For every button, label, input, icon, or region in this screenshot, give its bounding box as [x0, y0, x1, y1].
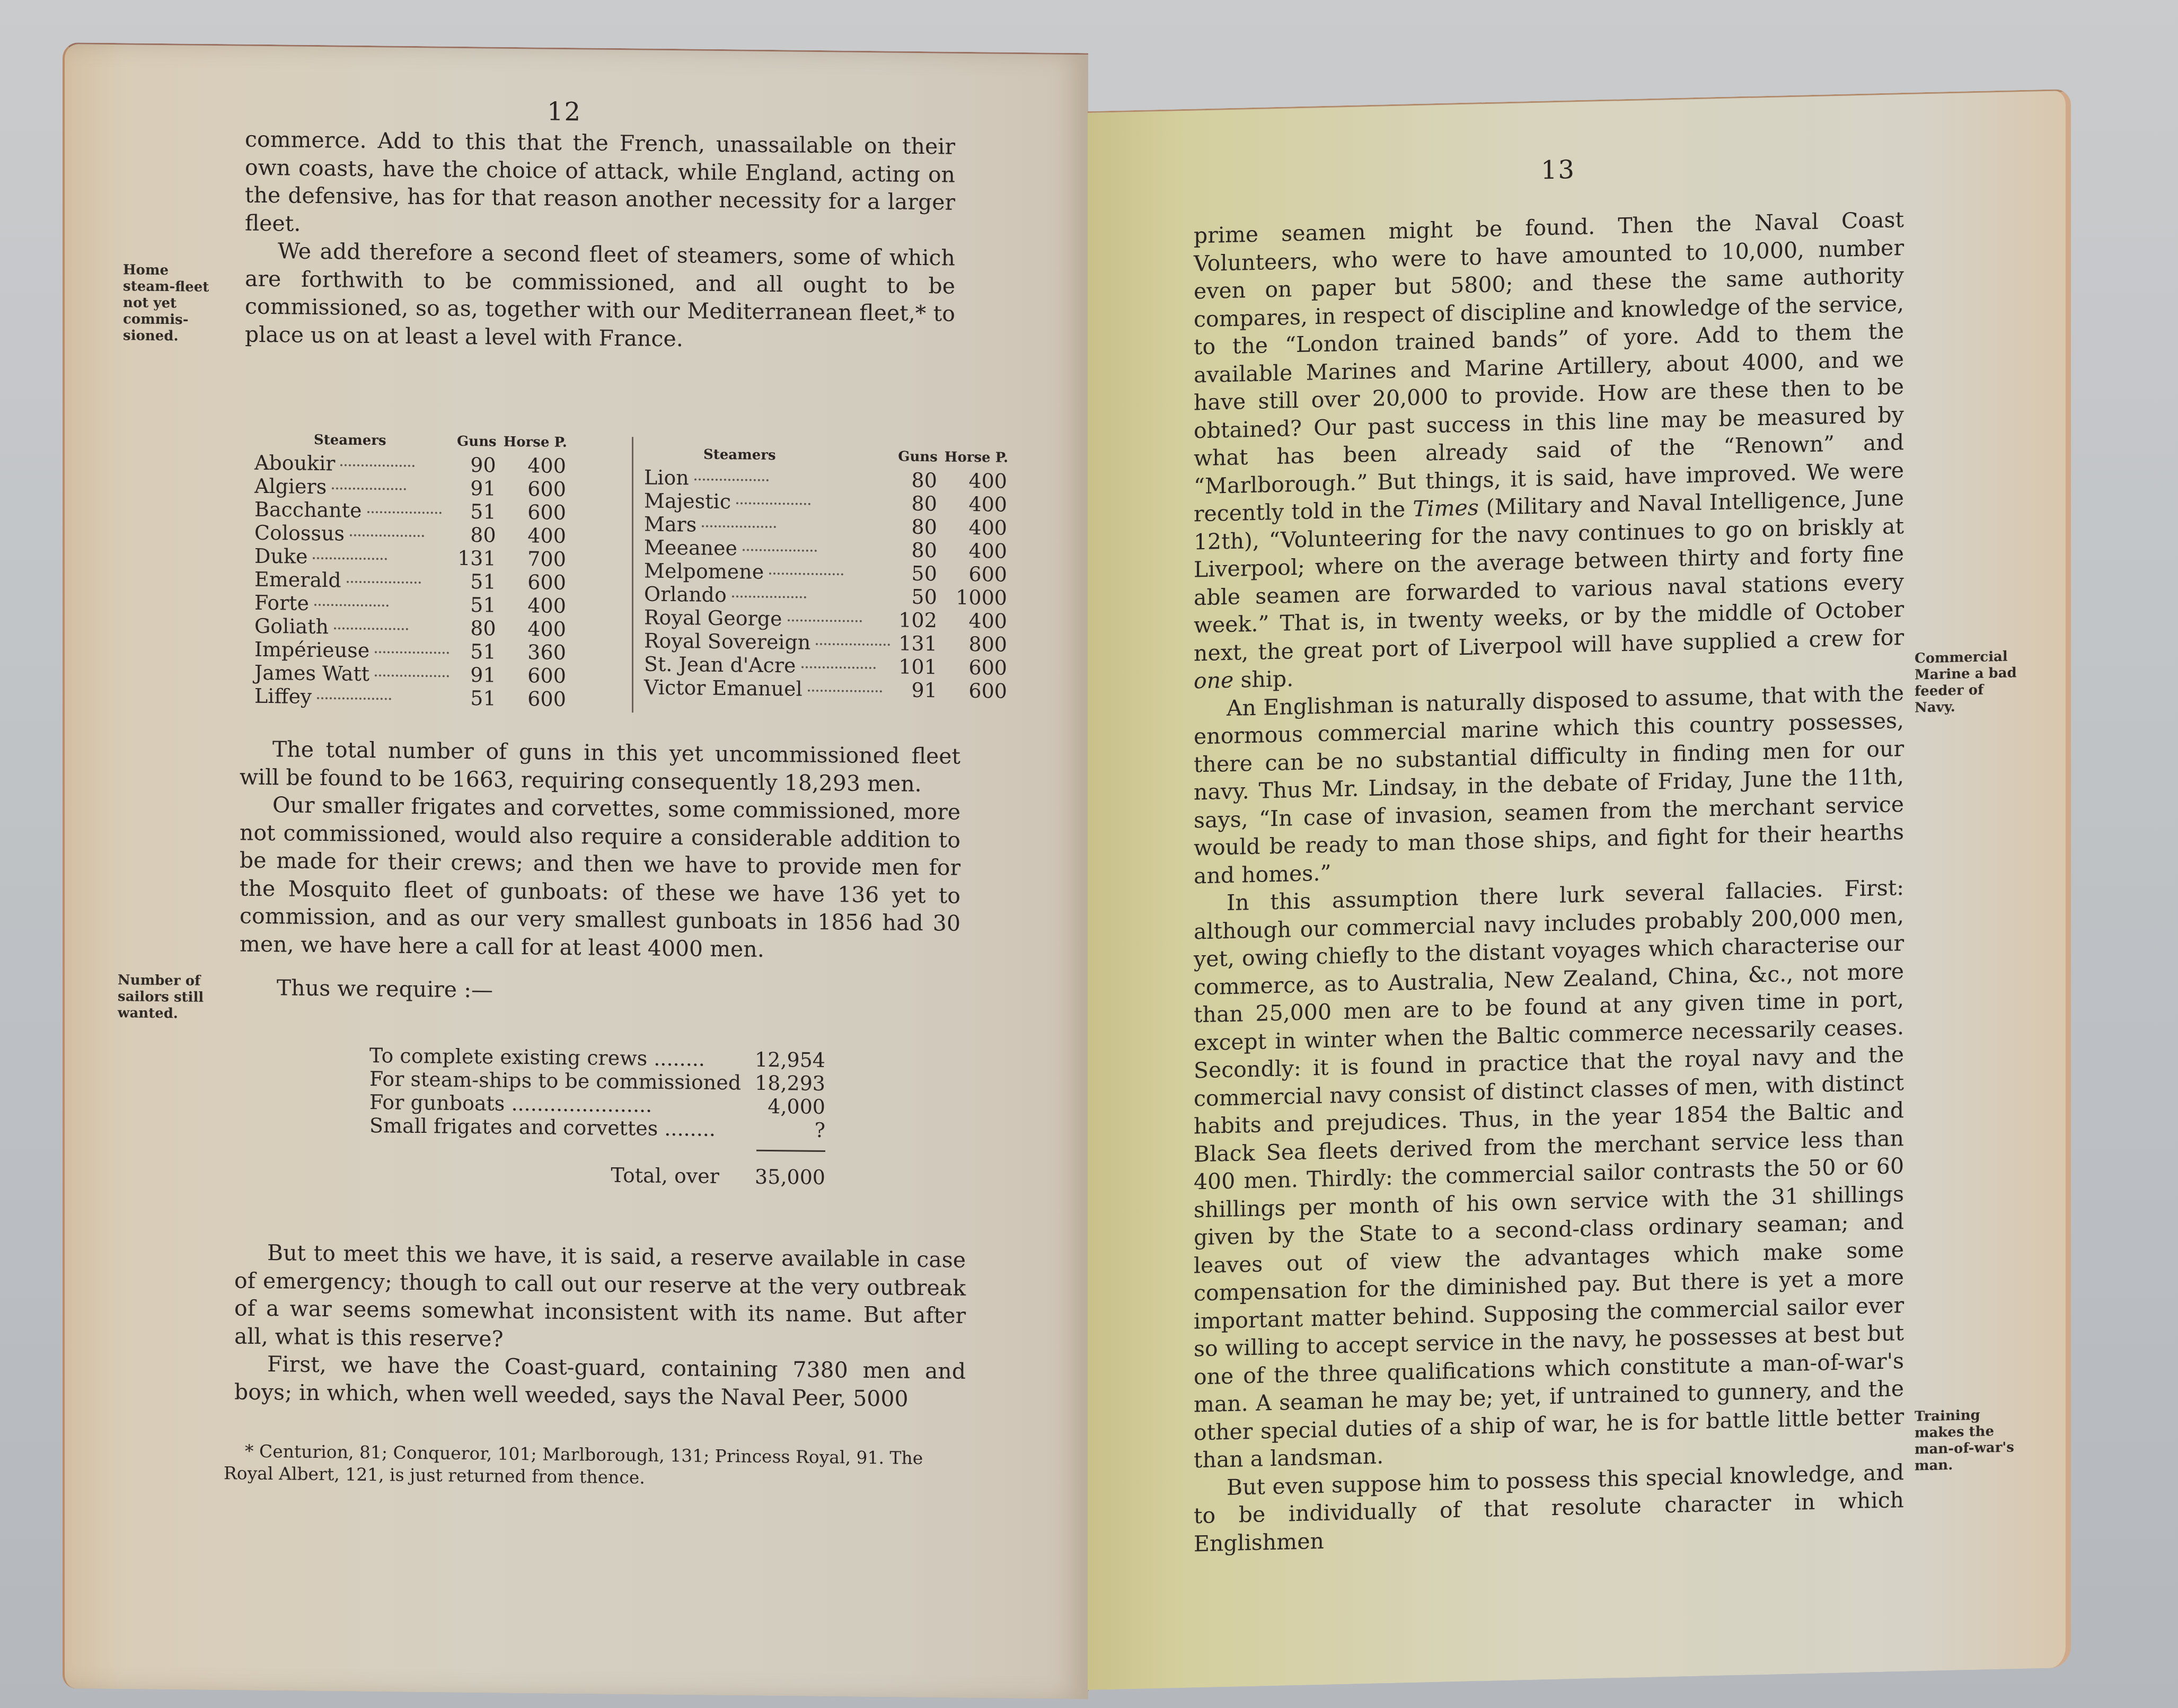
- paragraph: In this assumption there lurk several fa…: [1194, 874, 1904, 1474]
- steamer-name: Lion: [640, 465, 894, 491]
- steamer-name: Forte: [250, 591, 453, 617]
- horsepower-cell: 400: [941, 609, 1011, 632]
- body-text: prime seamen might be found. Then the Na…: [1194, 206, 1904, 1557]
- require-intro: Thus we require :—: [277, 974, 701, 1006]
- guns-cell: 51: [453, 686, 500, 710]
- horsepower-cell: 600: [500, 570, 570, 594]
- body-text-2: The total number of guns in this yet unc…: [240, 735, 960, 965]
- steamer-name: Royal George: [640, 605, 894, 631]
- guns-cell: 80: [894, 468, 941, 492]
- guns-cell: 131: [453, 547, 500, 570]
- leader-dots: [736, 502, 810, 505]
- requirement-row: Small frigates and corvettes ........?: [369, 1114, 825, 1142]
- guns-cell: 80: [453, 523, 500, 547]
- table-row: Mars80400: [640, 512, 1011, 539]
- leader-dots: [732, 595, 806, 598]
- body-text-3: But to meet this we have, it is said, a …: [234, 1238, 966, 1413]
- sidenote: Commercial Marine a bad feeder of Navy.: [1915, 648, 2021, 717]
- steamer-name: Royal Sovereign: [640, 629, 894, 655]
- leader-dots: [313, 557, 387, 560]
- leader-dots: [769, 573, 843, 575]
- col-header: Horse P.: [500, 430, 570, 454]
- horsepower-cell: 600: [500, 500, 570, 524]
- steamer-name: Orlando: [640, 582, 894, 608]
- steamer-name: Aboukir: [250, 451, 453, 477]
- guns-cell: 80: [453, 617, 500, 640]
- table-row: Aboukir90400: [250, 451, 570, 478]
- horsepower-cell: 400: [941, 492, 1011, 516]
- paragraph: An Englishman is naturally disposed to a…: [1194, 679, 1904, 890]
- total-label: Total, over: [611, 1164, 719, 1188]
- sidenote: Number of sailors still wanted.: [118, 972, 213, 1023]
- body-text-1: commerce. Add to this that the French, u…: [245, 126, 955, 356]
- table-row: Forte51400: [250, 591, 570, 618]
- horsepower-cell: 600: [941, 679, 1011, 702]
- table-row: Colossus80400: [250, 521, 570, 548]
- steamer-name: James Watt: [250, 661, 453, 686]
- paragraph: We add therefore a second fleet of steam…: [245, 237, 955, 356]
- leader-dots: [743, 549, 817, 551]
- leader-dots: [314, 604, 389, 606]
- guns-cell: 51: [453, 593, 500, 617]
- steamer-name: Majestic: [640, 489, 894, 515]
- leader-dots: [801, 666, 876, 669]
- guns-cell: 50: [894, 561, 941, 585]
- guns-cell: 90: [453, 453, 500, 477]
- table-row: Royal Sovereign131800: [640, 629, 1011, 656]
- guns-cell: 91: [453, 477, 500, 500]
- col-header: Horse P.: [941, 445, 1011, 469]
- steamers-table-right: Steamers Guns Horse P. Lion80400Majestic…: [640, 442, 1011, 702]
- table-row: Melpomene50600: [640, 559, 1011, 586]
- leader-dots: [317, 697, 391, 700]
- page-number: 13: [1541, 155, 1575, 185]
- steamer-name: Algiers: [250, 474, 453, 500]
- table-row: James Watt91600: [250, 661, 570, 688]
- steamer-name: Mars: [640, 512, 894, 538]
- steamer-name: Goliath: [250, 614, 453, 640]
- guns-cell: 50: [894, 585, 941, 609]
- horsepower-cell: 600: [500, 687, 570, 711]
- table-row: Meeanee80400: [640, 535, 1011, 562]
- guns-cell: 101: [894, 655, 941, 679]
- table-row: Impérieuse51360: [250, 638, 570, 664]
- horsepower-cell: 700: [500, 547, 570, 571]
- paragraph: Our smaller frigates and corvettes, some…: [240, 790, 960, 965]
- right-page: 13 prime seamen might be found. Then the…: [1088, 89, 2071, 1690]
- table-row: Majestic80400: [640, 489, 1011, 516]
- requirements-list: To complete existing crews ........12,95…: [369, 1044, 825, 1189]
- guns-cell: 51: [453, 570, 500, 594]
- steamer-name: Liffey: [250, 684, 453, 710]
- table-row: Royal George102400: [640, 605, 1011, 632]
- leader-dots: [702, 525, 776, 528]
- horsepower-cell: 360: [500, 640, 570, 664]
- paragraph: prime seamen might be found. Then the Na…: [1194, 206, 1904, 695]
- paragraph: The total number of guns in this yet unc…: [240, 735, 960, 798]
- col-header: Guns: [894, 445, 941, 469]
- table-row: Duke131700: [250, 544, 570, 571]
- horsepower-cell: 400: [500, 617, 570, 641]
- table-row: Lion80400: [640, 465, 1011, 492]
- sidenote: Home steam-fleet not yet commis-sioned.: [123, 262, 218, 345]
- leader-dots: [694, 478, 769, 481]
- guns-cell: 51: [453, 500, 500, 524]
- col-header: Steamers: [640, 442, 894, 468]
- guns-cell: 80: [894, 491, 941, 515]
- leader-dots: [332, 487, 406, 490]
- steamer-name: Victor Emanuel: [640, 675, 894, 701]
- leader-dots: [334, 627, 408, 630]
- leader-dots: [350, 534, 424, 537]
- horsepower-cell: 600: [500, 664, 570, 688]
- table-row: Orlando501000: [640, 582, 1011, 609]
- horsepower-cell: 800: [941, 632, 1011, 656]
- table-row: Emerald51600: [250, 568, 570, 594]
- guns-cell: 80: [894, 538, 941, 562]
- paragraph: But even suppose him to possess this spe…: [1194, 1458, 1904, 1558]
- table-row: St. Jean d'Acre101600: [640, 652, 1011, 679]
- leader-dots: [375, 674, 449, 677]
- guns-cell: 51: [453, 640, 500, 664]
- steamer-name: Impérieuse: [250, 638, 453, 663]
- guns-cell: 131: [894, 631, 941, 655]
- leader-dots: [816, 643, 890, 646]
- footnote: * Centurion, 81; Conqueror, 101; Marlbor…: [224, 1440, 966, 1492]
- leader-dots: [808, 690, 882, 692]
- total-value: 35,000: [751, 1165, 825, 1189]
- horsepower-cell: 600: [500, 477, 570, 501]
- table-divider: [632, 437, 633, 712]
- guns-cell: 91: [894, 678, 941, 702]
- leader-dots: [367, 511, 442, 514]
- table-row: Victor Emanuel91600: [640, 675, 1011, 702]
- left-page: 12 commerce. Add to this that the French…: [63, 42, 1088, 1699]
- horsepower-cell: 400: [941, 539, 1011, 562]
- leader-dots: [340, 464, 415, 466]
- paragraph: First, we have the Coast-guard, containi…: [234, 1350, 966, 1413]
- table-row: Bacchante51600: [250, 498, 570, 524]
- table-row: Algiers91600: [250, 474, 570, 501]
- horsepower-cell: 400: [941, 469, 1011, 492]
- sum-rule: [756, 1150, 825, 1152]
- guns-cell: 91: [453, 663, 500, 687]
- steamer-name: Emerald: [250, 568, 453, 593]
- steamer-name: Meeanee: [640, 535, 894, 561]
- col-header: Steamers: [250, 428, 453, 453]
- horsepower-cell: 600: [941, 562, 1011, 586]
- steamer-name: Melpomene: [640, 559, 894, 585]
- leader-dots: [375, 651, 449, 654]
- page-number: 12: [547, 97, 581, 127]
- horsepower-cell: 400: [500, 524, 570, 548]
- leader-dots: [347, 581, 421, 584]
- guns-cell: 102: [894, 608, 941, 632]
- paragraph: commerce. Add to this that the French, u…: [245, 126, 955, 244]
- col-header: Guns: [453, 430, 500, 454]
- total-row: Total, over 35,000: [369, 1161, 825, 1189]
- steamer-name: Duke: [250, 544, 453, 570]
- paragraph: But to meet this we have, it is said, a …: [234, 1238, 966, 1357]
- steamer-name: Bacchante: [250, 498, 453, 523]
- table-row: Goliath80400: [250, 614, 570, 641]
- horsepower-cell: 400: [941, 515, 1011, 539]
- table-row: Liffey51600: [250, 684, 570, 711]
- steamers-table-left: Steamers Guns Horse P. Aboukir90400Algie…: [250, 428, 570, 711]
- horsepower-cell: 1000: [941, 585, 1011, 609]
- steamer-name: St. Jean d'Acre: [640, 652, 894, 678]
- guns-cell: 80: [894, 515, 941, 539]
- horsepower-cell: 400: [500, 454, 570, 478]
- horsepower-cell: 400: [500, 594, 570, 618]
- leader-dots: [788, 619, 862, 622]
- horsepower-cell: 600: [941, 655, 1011, 679]
- steamer-name: Colossus: [250, 521, 453, 547]
- sidenote: Training makes the man-of-war's man.: [1915, 1406, 2021, 1475]
